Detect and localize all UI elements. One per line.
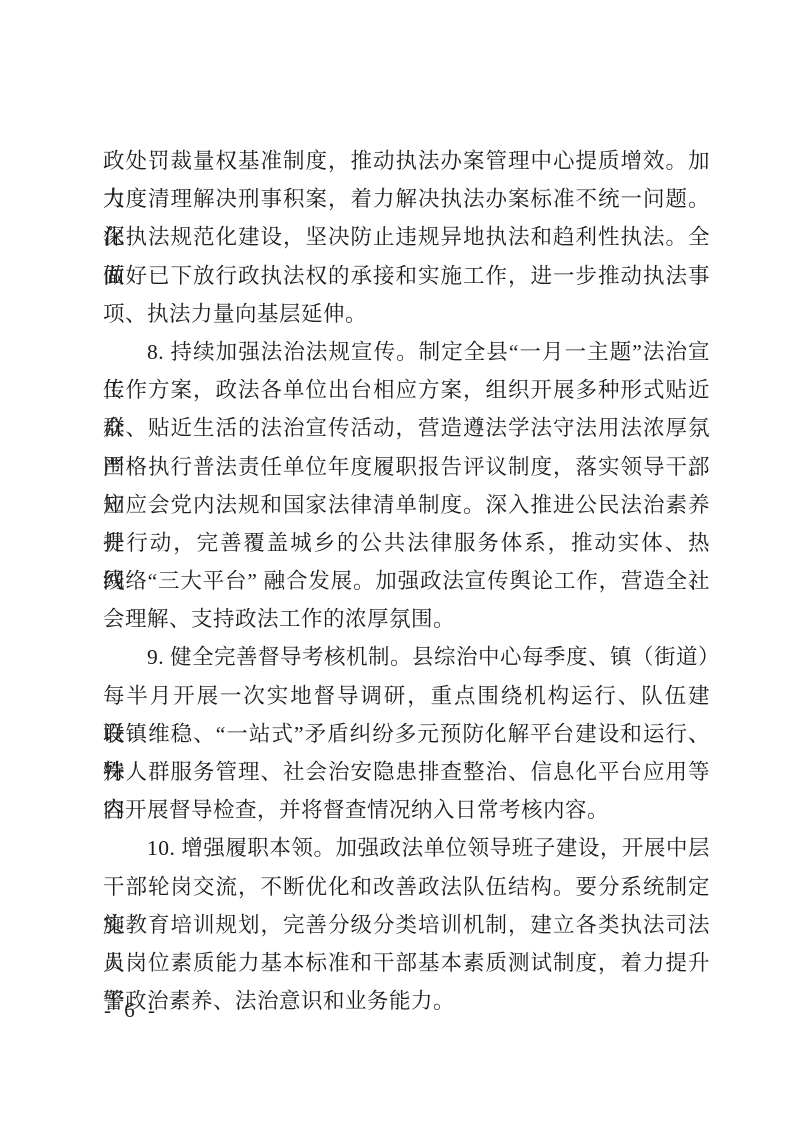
text-line: 警政治素养、法治意识和业务能力。 — [103, 982, 710, 1020]
text-line: 容开展督导检查，并将督查情况纳入日常考核内容。 — [103, 791, 710, 829]
paragraph: 政处罚裁量权基准制度，推动执法办案管理中心提质增效。加大力度清理解决刑事积案，着… — [103, 142, 710, 333]
text-line: 政处罚裁量权基准制度，推动执法办案管理中心提质增效。加大 — [103, 142, 710, 180]
text-line: 做好已下放行政执法权的承接和实施工作，进一步推动执法事 — [103, 257, 710, 295]
text-line: 工作方案，政法各单位出台相应方案，组织开展多种形式贴近群 — [103, 371, 710, 409]
page-number: - 6 - — [104, 998, 159, 1023]
paragraph: 10. 增强履职本领。加强政法单位领导班子建设，开展中层干部轮岗交流，不断优化和… — [103, 829, 710, 1020]
text-line: 每半月开展一次实地督导调研，重点围绕机构运行、队伍建设、 — [103, 677, 710, 715]
document-content: 政处罚裁量权基准制度，推动执法办案管理中心提质增效。加大力度清理解决刑事积案，着… — [103, 142, 710, 1020]
text-line: 化执法规范化建设，坚决防止违规异地执法和趋利性执法。全面 — [103, 218, 710, 256]
text-line: 施教育培训规划，完善分级分类培训机制，建立各类执法司法人 — [103, 906, 710, 944]
text-line: 殊人群服务管理、社会治安隐患排查整治、信息化平台应用等内 — [103, 753, 710, 791]
text-line: 力度清理解决刑事积案，着力解决执法办案标准不统一问题。深 — [103, 180, 710, 218]
text-line: 众、贴近生活的法治宣传活动，营造遵法学法守法用法浓厚氛围。 — [103, 409, 710, 447]
paragraph: 9. 健全完善督导考核机制。县综治中心每季度、镇（街道）每半月开展一次实地督导调… — [103, 638, 710, 829]
document-page: 政处罚裁量权基准制度，推动执法办案管理中心提质增效。加大力度清理解决刑事积案，着… — [0, 0, 793, 1122]
text-line: 员岗位素质能力基本标准和干部基本素质测试制度，着力提升干 — [103, 944, 710, 982]
text-line: 会理解、支持政法工作的浓厚氛围。 — [103, 600, 710, 638]
text-line: 升行动，完善覆盖城乡的公共法律服务体系，推动实体、热线、 — [103, 524, 710, 562]
paragraph: 8. 持续加强法治法规宣传。制定全县“一月一主题”法治宣传工作方案，政法各单位出… — [103, 333, 710, 639]
text-line: 严格执行普法责任单位年度履职报告评议制度，落实领导干部应 — [103, 448, 710, 486]
text-line: 联镇维稳、“一站式”矛盾纠纷多元预防化解平台建设和运行、特 — [103, 715, 710, 753]
text-line: 项、执法力量向基层延伸。 — [103, 295, 710, 333]
text-line: 10. 增强履职本领。加强政法单位领导班子建设，开展中层 — [103, 829, 710, 867]
text-line: 知应会党内法规和国家法律清单制度。深入推进公民法治素养提 — [103, 486, 710, 524]
text-line: 网络“三大平台” 融合发展。加强政法宣传舆论工作，营造全社 — [103, 562, 710, 600]
text-line: 8. 持续加强法治法规宣传。制定全县“一月一主题”法治宣传 — [103, 333, 710, 371]
text-line: 9. 健全完善督导考核机制。县综治中心每季度、镇（街道） — [103, 638, 710, 676]
text-line: 干部轮岗交流，不断优化和改善政法队伍结构。要分系统制定实 — [103, 868, 710, 906]
